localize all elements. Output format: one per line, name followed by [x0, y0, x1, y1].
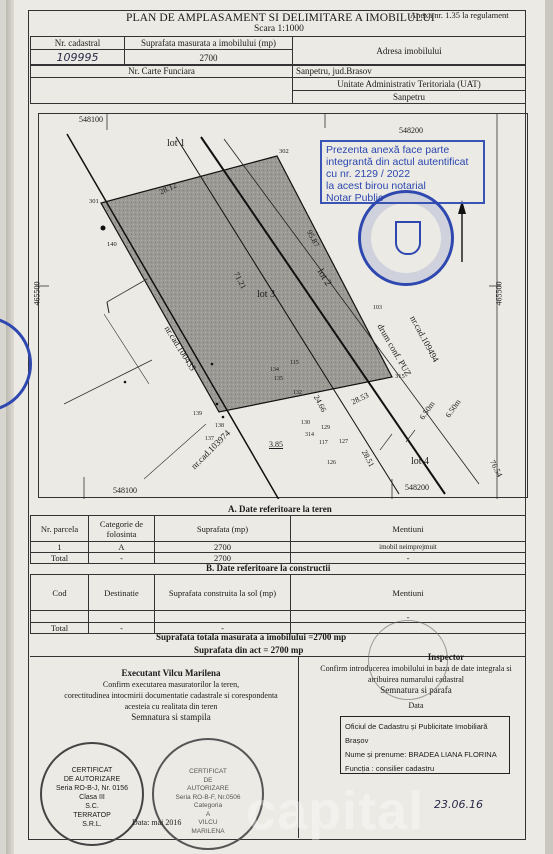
point-115: 115 — [290, 360, 299, 366]
col-mentiuni: Mentiuni — [291, 516, 526, 542]
ancpi-seal — [368, 620, 448, 700]
executant-line-2: corectitudinea intocmirii documentatie c… — [44, 690, 298, 701]
inspector-function: Funcția : consilier cadastru — [345, 762, 505, 776]
coord-top-right: 548200 — [399, 126, 423, 135]
info-table: Nr. cadastral Suprafata masurata a imobi… — [30, 36, 526, 66]
uat-label: Unitate Administrativ Teritoriala (UAT) — [293, 78, 526, 91]
distance-3-85: 3.85 — [269, 440, 283, 449]
point-126: 126 — [327, 460, 336, 466]
point-135: 135 — [274, 376, 283, 382]
suprafata-label: Suprafata masurata a imobilului (mp) — [125, 37, 293, 50]
nr-cadastral-label: Nr. cadastral — [31, 37, 125, 50]
inspector-handwritten-date: 23.06.16 — [434, 798, 483, 811]
section-a-title: A. Date referitoare la teren — [228, 504, 332, 514]
point-138: 138 — [215, 423, 224, 429]
carte-funciara-value — [31, 78, 293, 104]
point-315: 315 — [395, 373, 405, 380]
page-edge — [6, 0, 14, 854]
coord-top-left: 548100 — [79, 115, 103, 124]
coord-bottom-right: 548200 — [405, 483, 429, 492]
point-134: 134 — [270, 367, 279, 373]
ocpi-office: Oficiul de Cadastru și Publicitate Imobi… — [345, 720, 505, 748]
annex-label: Anexa nr. 1.35 la regulament — [410, 10, 509, 20]
total-measured: Suprafata totala masurata a imobilului =… — [156, 632, 346, 642]
document-title: PLAN DE AMPLASAMENT SI DELIMITARE A IMOB… — [126, 12, 435, 24]
executant-block: Executant Vilcu Marilena Confirm executa… — [44, 668, 298, 723]
authorization-stamp-terratop: CERTIFICAT DE AUTORIZARE Seria RO-B-J, N… — [40, 742, 144, 846]
col-suprafata: Suprafata (mp) — [155, 516, 291, 542]
coord-left: 465500 — [33, 282, 42, 306]
executant-signature-label: Semnatura si stampila — [44, 712, 298, 723]
col-suprafata-construita: Suprafata construita la sol (mp) — [155, 575, 291, 611]
document-page: PLAN DE AMPLASAMENT SI DELIMITARE A IMOB… — [6, 0, 546, 854]
point-137: 137 — [205, 436, 214, 442]
notary-line-1: Prezenta anexă face parte — [326, 144, 479, 156]
point-139: 139 — [193, 411, 202, 417]
executant-line-1: Confirm executarea masuratorilor la tere… — [44, 679, 298, 690]
notary-line-3: cu nr. 2129 / 2022 — [326, 168, 479, 180]
point-132: 132 — [293, 390, 302, 396]
total-from-act: Suprafata din act = 2700 mp — [194, 645, 303, 655]
notary-line-2: integrantă din actul autentificat — [326, 156, 479, 168]
section-a-table: Nr. parcela Categorie de folosinta Supra… — [30, 515, 526, 564]
col-categorie: Categorie de folosinta — [89, 516, 155, 542]
point-130: 130 — [301, 420, 310, 426]
point-314: 314 — [305, 432, 314, 438]
section-b-title: B. Date referitoare la constructii — [206, 563, 330, 573]
coord-right: 465500 — [495, 282, 504, 306]
point-127: 127 — [339, 439, 348, 445]
eagle-crest-icon — [395, 221, 421, 255]
adresa-label: Adresa imobilului — [293, 37, 526, 66]
coord-bottom-left: 548100 — [113, 486, 137, 495]
executant-date: Data: mai 2016 — [132, 818, 181, 827]
point-103: 103 — [373, 305, 382, 311]
col-destinatie: Destinatie — [89, 575, 155, 611]
adresa-value: Sanpetru, jud.Brasov — [293, 65, 526, 78]
point-117: 117 — [319, 440, 328, 446]
inspector-name: Nume și prenume: BRADEA LIANA FLORINA — [345, 748, 505, 762]
notary-seal — [358, 190, 454, 286]
section-b-table: Cod Destinatie Suprafata construita la s… — [30, 574, 526, 634]
point-140: 140 — [107, 241, 117, 248]
ocpi-stamp-box: Oficiul de Cadastru și Publicitate Imobi… — [340, 716, 510, 774]
col-nr-parcela: Nr. parcela — [31, 516, 89, 542]
col-cod: Cod — [31, 575, 89, 611]
executant-title: Executant Vilcu Marilena — [44, 668, 298, 679]
info-table-2: Nr. Carte Funciara Sanpetru, jud.Brasov … — [30, 64, 526, 104]
scale-label: Scara 1:1000 — [254, 24, 304, 34]
table-row: 1 A 2700 imobil neimprejmuit — [31, 542, 526, 553]
table-row-total: Total - 2700 - — [31, 553, 526, 564]
point-302: 302 — [279, 148, 289, 155]
executant-line-3: acesteia cu realitata din teren — [44, 701, 298, 712]
lot-3-label: lot 3 — [257, 289, 275, 300]
page-right-edge — [545, 0, 553, 854]
point-301: 301 — [89, 198, 99, 205]
lot-1-label: lot 1 — [167, 138, 185, 149]
table-row: - — [31, 611, 526, 623]
carte-funciara-label: Nr. Carte Funciara — [31, 65, 293, 78]
col-mentiuni-b: Mentiuni — [291, 575, 526, 611]
uat-value: Sanpetru — [293, 91, 526, 104]
point-129: 129 — [321, 425, 330, 431]
watermark: capital — [246, 780, 424, 842]
inspector-date-label: Data — [306, 700, 526, 711]
lot-4-label: lot 4 — [411, 456, 429, 467]
